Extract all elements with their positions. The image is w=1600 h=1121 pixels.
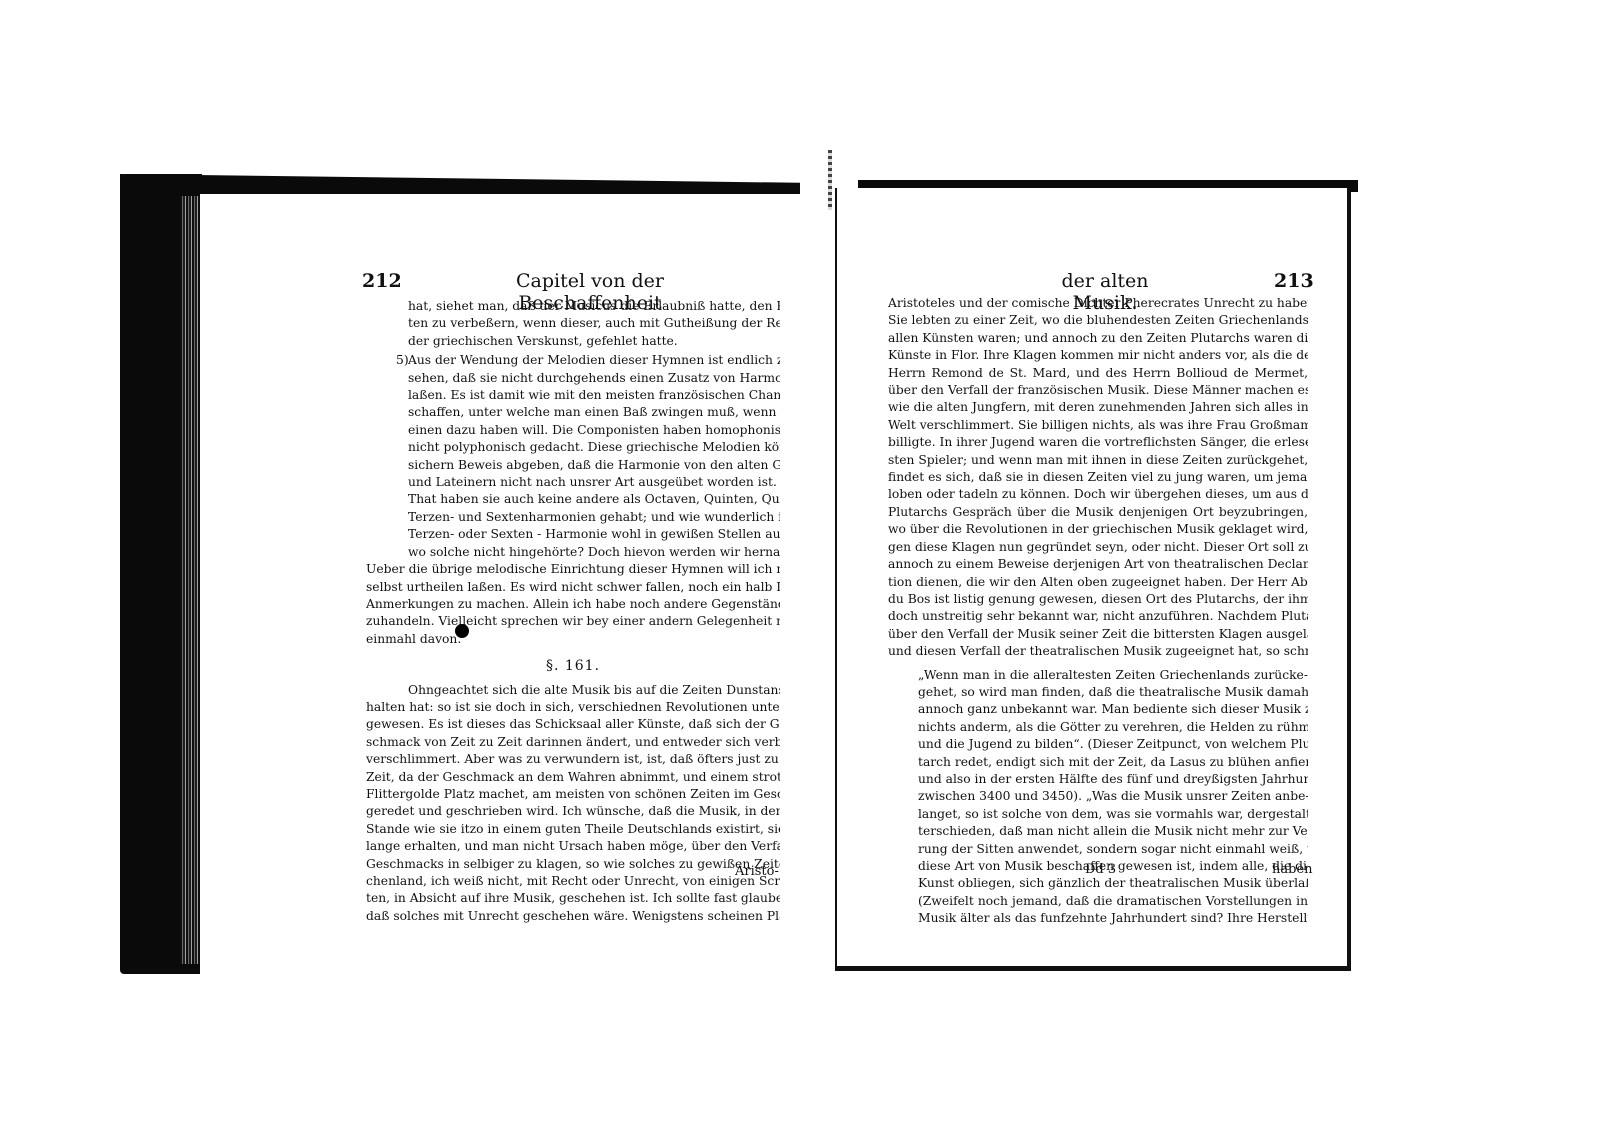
text-line: und also in der ersten Hälfte des fünf u…	[918, 771, 1308, 788]
text-line: ten zu verbeßern, wenn dieser, auch mit …	[408, 315, 780, 332]
right-text-block: Aristoteles und der comische Dichter Phe…	[888, 295, 1308, 928]
text-line: schmack von Zeit zu Zeit darinnen ändert…	[366, 734, 780, 751]
paragraph: Aristoteles und der comische Dichter Phe…	[888, 295, 1308, 661]
text-line: Anmerkungen zu machen. Allein ich habe n…	[366, 596, 780, 613]
closing-paragraph: Ueber die übrige melodische Einrichtung …	[366, 561, 780, 648]
text-line: tion dienen, die wir den Alten oben zuge…	[888, 574, 1308, 591]
text-line: nichts anderm, als die Götter zu verehre…	[918, 719, 1308, 736]
text-line: Herrn Remond de St. Mard, und des Herrn …	[888, 365, 1308, 382]
text-line: Terzen- oder Sexten - Harmonie wohl in g…	[408, 526, 780, 543]
section-paragraph: Ohngeachtet sich die alte Musik bis auf …	[366, 682, 780, 926]
text-line: terschieden, daß man nicht allein die Mu…	[918, 823, 1308, 840]
text-line: Geschmacks in selbiger zu klagen, so wie…	[366, 856, 780, 873]
text-line: geredet und geschrieben wird. Ich wünsch…	[366, 803, 780, 820]
text-line: Musik älter als das funfzehnte Jahrhunde…	[918, 910, 1308, 927]
text-line: Flittergolde Platz machet, am meisten vo…	[366, 786, 780, 803]
text-line: Plutarchs Gespräch über die Musik denjen…	[888, 504, 1308, 521]
text-line: annoch ganz unbekannt war. Man bediente …	[918, 701, 1308, 718]
text-line: ten, in Absicht auf ihre Musik, geschehe…	[366, 890, 780, 907]
text-line: gehet, so wird man finden, daß die theat…	[918, 684, 1308, 701]
ink-blot	[455, 624, 469, 638]
text-line: sten Spieler; und wenn man mit ihnen in …	[888, 452, 1308, 469]
text-line: einmahl davon.	[366, 631, 780, 648]
text-line: lange erhalten, und man nicht Ursach hab…	[366, 838, 780, 855]
text-line: zwischen 3400 und 3450). „Was die Musik …	[918, 788, 1308, 805]
text-line: Welt verschlimmert. Sie billigen nichts,…	[888, 417, 1308, 434]
page-number-left: 212	[362, 270, 402, 292]
text-line: (Zweifelt noch jemand, daß die dramatisc…	[918, 893, 1308, 910]
text-line: wie die alten Jungfern, mit deren zunehm…	[888, 399, 1308, 416]
text-line: daß solches mit Unrecht geschehen wäre. …	[366, 908, 780, 925]
text-line: Aristoteles und der comische Dichter Phe…	[888, 295, 1308, 312]
text-line: gen diese Klagen nun gegründet seyn, ode…	[888, 539, 1308, 556]
text-line: doch unstreitig sehr bekannt war, nicht …	[888, 608, 1308, 625]
text-line: selbst urtheilen laßen. Es wird nicht sc…	[366, 579, 780, 596]
text-line: Terzen- und Sextenharmonien gehabt; und …	[408, 509, 780, 526]
text-line: sehen, daß sie nicht durchgehends einen …	[408, 370, 780, 387]
list-item-5: 5) Aus der Wendung der Melodien dieser H…	[366, 352, 780, 561]
item-number: 5)	[396, 352, 409, 369]
text-line: „Wenn man in die alleraltesten Zeiten Gr…	[918, 667, 1308, 684]
text-line: verschlimmert. Aber was zu verwundern is…	[366, 751, 780, 768]
text-line: wo über die Revolutionen in der griechis…	[888, 521, 1308, 538]
text-line: Kunst obliegen, sich gänzlich der theatr…	[918, 875, 1308, 892]
page-edges	[180, 194, 202, 964]
text-line: loben oder tadeln zu können. Doch wir üb…	[888, 486, 1308, 503]
left-text-block: hat, siehet man, daß der Musicus die Erl…	[366, 298, 780, 925]
text-line: tarch redet, endigt sich mit der Zeit, d…	[918, 754, 1308, 771]
text-line: findet es sich, daß sie in diesen Zeiten…	[888, 469, 1308, 486]
text-line: der griechischen Verskunst, gefehlet hat…	[408, 333, 780, 350]
text-line: chenland, ich weiß nicht, mit Recht oder…	[366, 873, 780, 890]
text-line: über den Verfall der französischen Musik…	[888, 382, 1308, 399]
text-line: That haben sie auch keine andere als Oct…	[408, 491, 780, 508]
continuation-paragraph: hat, siehet man, daß der Musicus die Erl…	[366, 298, 780, 350]
text-line: Zeit, da der Geschmack an dem Wahren abn…	[366, 769, 780, 786]
text-line: Aus der Wendung der Melodien dieser Hymn…	[408, 352, 780, 369]
text-line: Sie lebten zu einer Zeit, wo die bluhend…	[888, 312, 1308, 329]
text-line: gewesen. Es ist dieses das Schicksaal al…	[366, 716, 780, 733]
text-line: Künste in Flor. Ihre Klagen kommen mir n…	[888, 347, 1308, 364]
page-number-right: 213	[1274, 270, 1314, 292]
text-line: rung der Sitten anwendet, sondern sogar …	[918, 841, 1308, 858]
text-line: nicht polyphonisch gedacht. Diese griech…	[408, 439, 780, 456]
text-line: Stande wie sie itzo in einem guten Theil…	[366, 821, 780, 838]
text-line: und Lateinern nicht nach unsrer Art ausg…	[408, 474, 780, 491]
left-book-edge	[120, 174, 202, 974]
text-line: schaffen, unter welche man einen Baß zwi…	[408, 404, 780, 421]
block-quote: „Wenn man in die alleraltesten Zeiten Gr…	[888, 667, 1308, 928]
text-line: sichern Beweis abgeben, daß die Harmonie…	[408, 457, 780, 474]
section-heading: §. 161.	[366, 658, 780, 675]
text-line: über den Verfall der Musik seiner Zeit d…	[888, 626, 1308, 643]
left-cover-band	[120, 174, 800, 196]
text-line: wo solche nicht hingehörte? Doch hievon …	[408, 544, 780, 561]
gutter-mark	[828, 150, 832, 210]
text-line: Ohngeachtet sich die alte Musik bis auf …	[366, 682, 780, 699]
text-line: langet, so ist solche von dem, was sie v…	[918, 806, 1308, 823]
signature-mark: Dd 3	[1085, 862, 1116, 877]
text-line: und diesen Verfall der theatralischen Mu…	[888, 643, 1308, 660]
text-line: einen dazu haben will. Die Componisten h…	[408, 422, 780, 439]
text-line: du Bos ist listig genung gewesen, diesen…	[888, 591, 1308, 608]
text-line: allen Künsten waren; und annoch zu den Z…	[888, 330, 1308, 347]
text-line: Ueber die übrige melodische Einrichtung …	[366, 561, 780, 578]
text-line: halten hat: so ist sie doch in sich, ver…	[366, 699, 780, 716]
catchword-right: haben	[1272, 862, 1313, 877]
catchword-left: Aristo-	[735, 864, 779, 879]
text-line: laßen. Es ist damit wie mit den meisten …	[408, 387, 780, 404]
text-line: und die Jugend zu bilden“. (Dieser Zeitp…	[918, 736, 1308, 753]
text-line: billigte. In ihrer Jugend waren die vort…	[888, 434, 1308, 451]
text-line: annoch zu einem Beweise derjenigen Art v…	[888, 556, 1308, 573]
text-line: zuhandeln. Vielleicht sprechen wir bey e…	[366, 613, 780, 630]
text-line: hat, siehet man, daß der Musicus die Erl…	[408, 298, 780, 315]
